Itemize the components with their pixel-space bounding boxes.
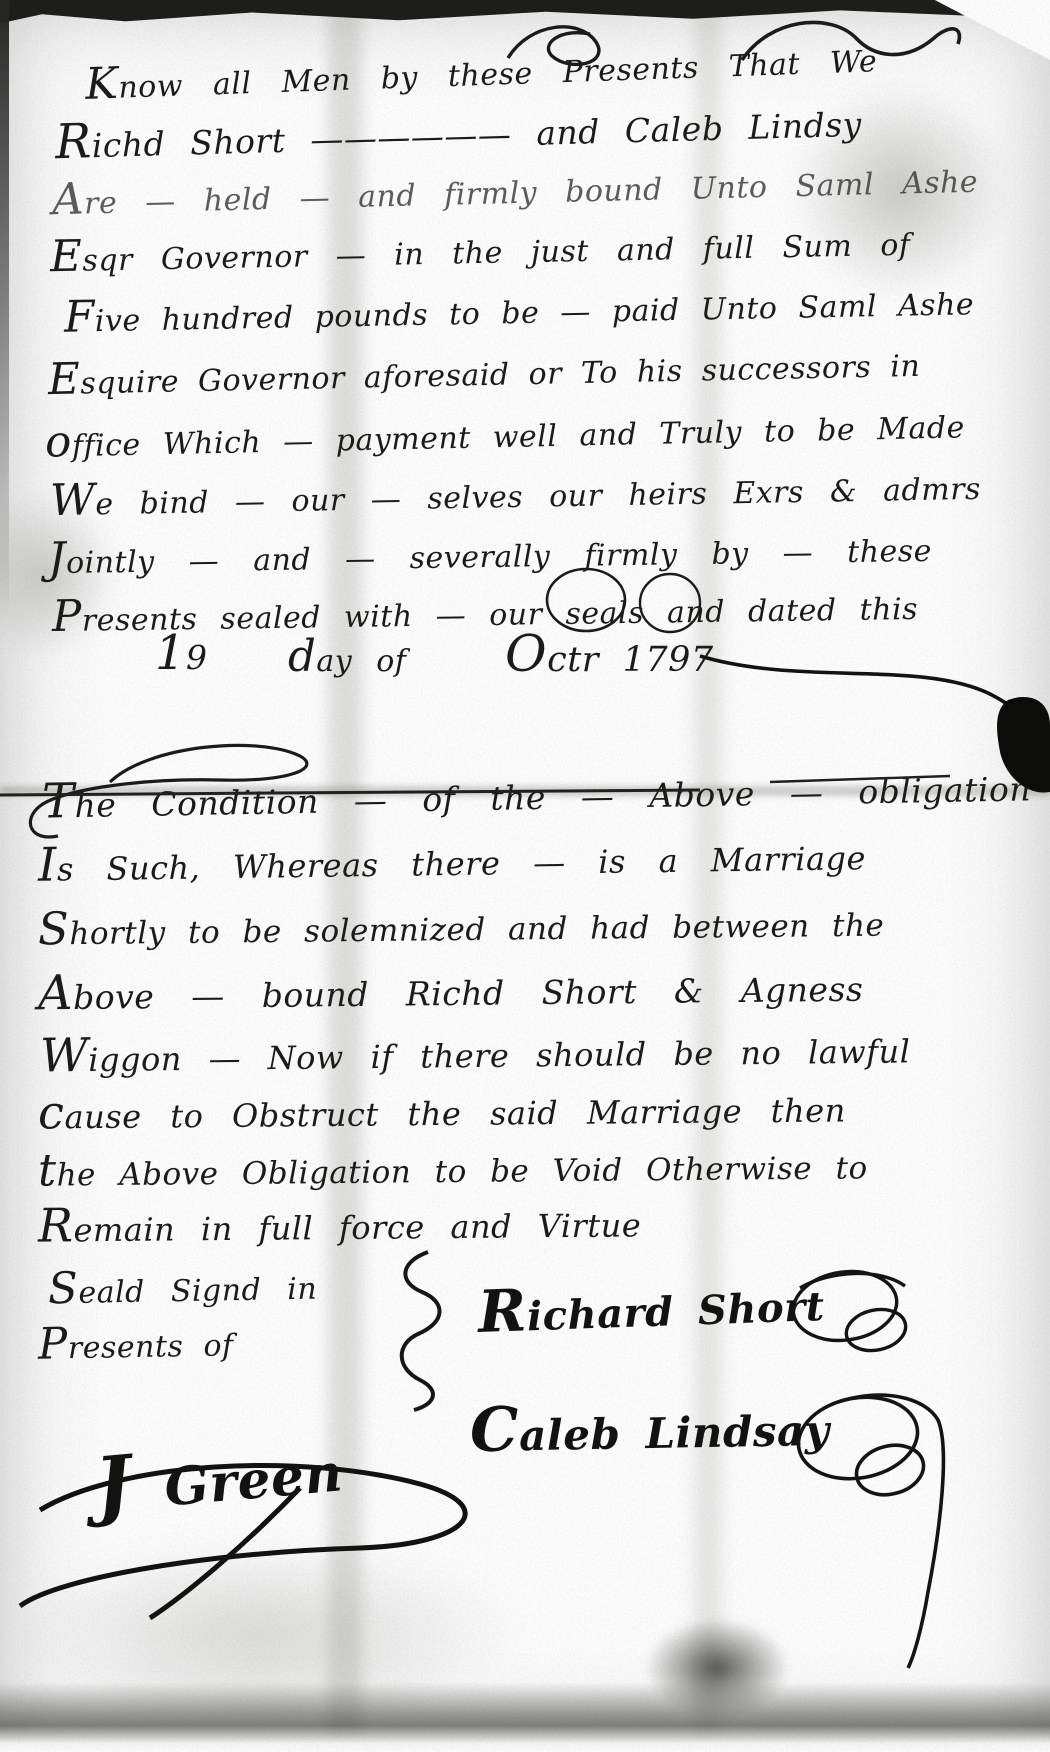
condition-line-4: Above — bound Richd Short & Agness xyxy=(38,958,864,1022)
condition-line-8: Remain in full force and Virtue xyxy=(38,1193,642,1252)
paper-bottom-edge xyxy=(0,1682,1050,1752)
attestation-line-2: Presents of xyxy=(38,1316,234,1369)
document-page: Know all Men by these Presents That We R… xyxy=(0,0,1050,1752)
attestation-line-1: Seald Signd in xyxy=(48,1260,318,1315)
signature-caleb-lindsay: Caleb Lindsay xyxy=(469,1389,830,1466)
date-day-of: day of xyxy=(288,632,406,682)
date-month-year: Octr 1797 xyxy=(505,624,714,683)
condition-line-3: Shortly to be solemnized and had between… xyxy=(38,894,885,956)
date-day: 19 xyxy=(155,626,207,681)
signature-richard-short: Richard Short xyxy=(477,1266,826,1346)
paper-left-edge xyxy=(0,0,9,620)
condition-line-2: Is Such, Whereas there — is a Marriage xyxy=(38,826,867,892)
condition-line-6: cause to Obstruct the said Marriage then xyxy=(38,1078,846,1139)
condition-line-7: the Above Obligation to be Void Otherwis… xyxy=(38,1136,868,1196)
condition-line-5: Wiggon — Now if there should be no lawfu… xyxy=(40,1019,911,1082)
